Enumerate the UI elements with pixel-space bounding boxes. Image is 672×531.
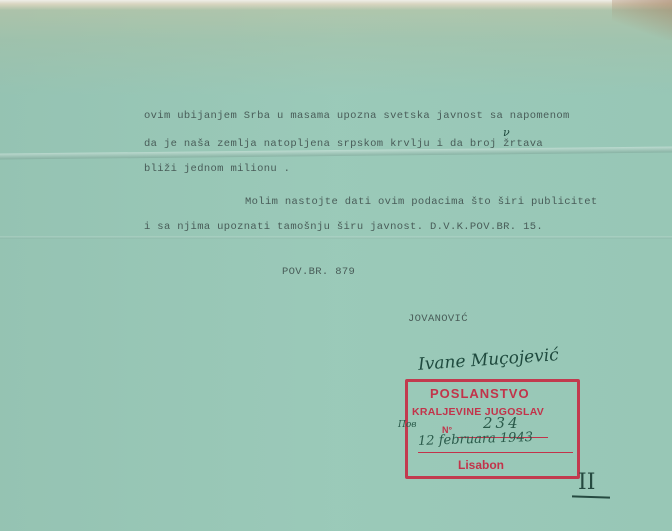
stamp-number: 234 <box>483 414 521 432</box>
page-marker: II <box>578 470 595 495</box>
paper-fold <box>0 236 672 239</box>
body-line: ovim ubijanjem Srba u masama upozna svet… <box>144 110 570 122</box>
reference-number: POV.BR. 879 <box>282 266 355 278</box>
stamp-number-prefix: Пов <box>398 420 417 430</box>
body-line: da je naša zemlja natopljena srpskom krv… <box>144 138 543 150</box>
paper-top-edge <box>0 0 672 10</box>
handwritten-signature: Ivane Muçojević <box>417 345 559 375</box>
insertion-mark: ν <box>503 126 510 139</box>
stamp-city: Lisabon <box>458 458 504 472</box>
body-line: i sa njima upoznati tamošnju širu javnos… <box>144 221 543 233</box>
stamp-subtitle: KRALJEVINE JUGOSLAV <box>412 406 544 418</box>
stamp-title: POSLANSTVO <box>430 386 530 401</box>
paper-corner-shadow <box>612 0 672 40</box>
document-page: ovim ubijanjem Srba u masama upozna svet… <box>0 0 672 531</box>
page-marker-underline <box>572 495 610 498</box>
signatory-name: JOVANOVIĆ <box>408 313 468 325</box>
stamp-date-line <box>418 452 573 453</box>
body-line: Molim nastojte dati ovim podacima što ši… <box>245 196 598 208</box>
body-line: bliži jednom milionu . <box>144 163 290 175</box>
